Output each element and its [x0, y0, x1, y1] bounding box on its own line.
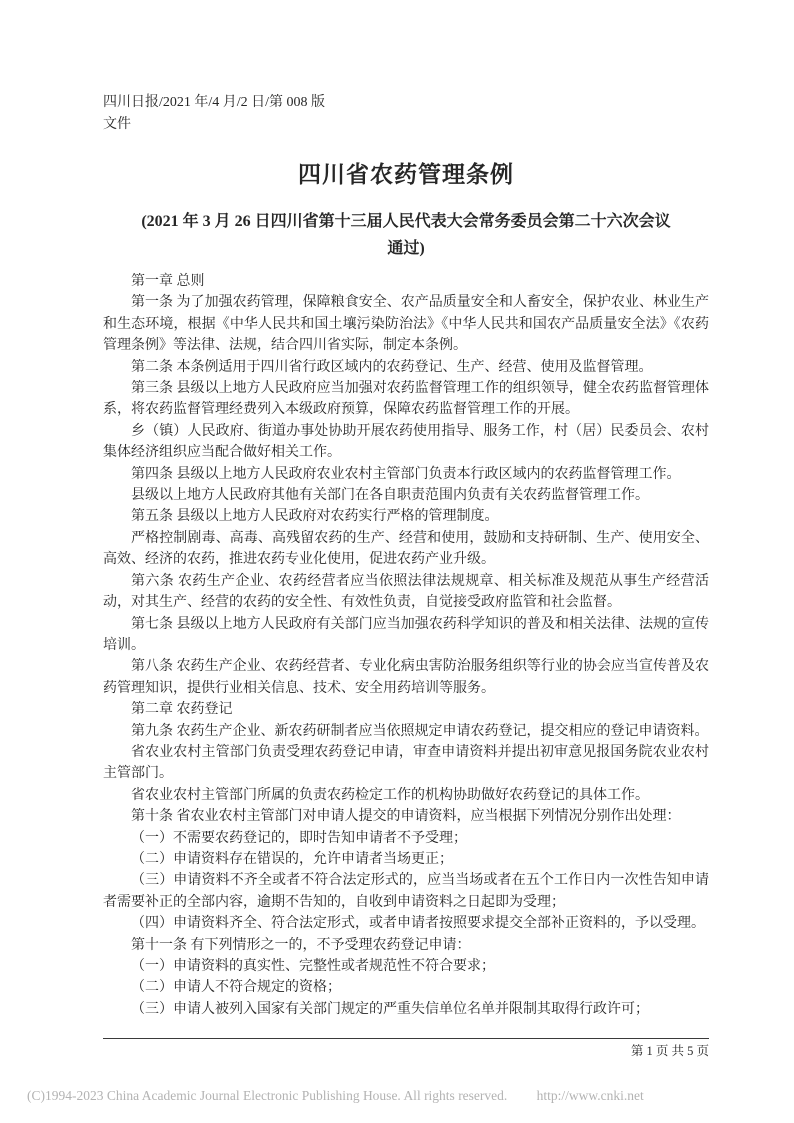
- body-paragraph: 第二条 本条例适用于四川省行政区域内的农药登记、生产、经营、使用及监督管理。: [103, 357, 709, 378]
- document-title: 四川省农药管理条例: [103, 156, 709, 189]
- body-paragraph: 省农业农村主管部门所属的负责农药检定工作的机构协助做好农药登记的具体工作。: [103, 785, 709, 806]
- document-subtitle: (2021 年 3 月 26 日四川省第十三届人民代表大会常务委员会第二十六次会…: [134, 208, 679, 262]
- category-label: 文件: [103, 114, 709, 136]
- body-paragraph: 第四条 县级以上地方人民政府农业农村主管部门负责本行政区域内的农药监督管理工作。: [103, 464, 709, 485]
- document-subtitle-wrap: (2021 年 3 月 26 日四川省第十三届人民代表大会常务委员会第二十六次会…: [103, 208, 709, 262]
- source-line: 四川日报/2021 年/4 月/2 日/第 008 版: [103, 92, 709, 114]
- cnki-url-text: http://www.cnki.net: [537, 1088, 644, 1103]
- body-paragraph: 第七条 县级以上地方人民政府有关部门应当加强农药科学知识的普及和相关法律、法规的…: [103, 614, 709, 657]
- list-item-paragraph: （三）申请人被列入国家有关部门规定的严重失信单位名单并限制其取得行政许可；: [103, 999, 709, 1020]
- list-item-paragraph: （二）申请人不符合规定的资格；: [103, 977, 709, 998]
- document-page: 四川日报/2021 年/4 月/2 日/第 008 版 文件 四川省农药管理条例…: [0, 0, 794, 1123]
- list-item-paragraph: （四）申请资料齐全、符合法定形式，或者申请者按照要求提交全部补正资料的，予以受理…: [103, 913, 709, 934]
- document-meta: 四川日报/2021 年/4 月/2 日/第 008 版 文件: [103, 92, 709, 136]
- body-paragraph: 严格控制剧毒、高毒、高残留农药的生产、经营和使用，鼓励和支持研制、生产、使用安全…: [103, 528, 709, 571]
- body-paragraph: 第五条 县级以上地方人民政府对农药实行严格的管理制度。: [103, 506, 709, 527]
- copyright-text: (C)1994-2023 China Academic Journal Elec…: [27, 1088, 507, 1103]
- list-item-paragraph: （一）不需要农药登记的，即时告知申请者不予受理；: [103, 828, 709, 849]
- chapter-heading: 第二章 农药登记: [103, 699, 709, 720]
- body-paragraph: 第九条 农药生产企业、新农药研制者应当依照规定申请农药登记，提交相应的登记申请资…: [103, 721, 709, 742]
- body-paragraph: 第六条 农药生产企业、农药经营者应当依照法律法规规章、相关标准及规范从事生产经营…: [103, 571, 709, 614]
- body-paragraph: 第十条 省农业农村主管部门对申请人提交的申请资料，应当根据下列情况分别作出处理：: [103, 806, 709, 827]
- body-paragraph: 第十一条 有下列情形之一的，不予受理农药登记申请：: [103, 935, 709, 956]
- list-item-paragraph: （二）申请资料存在错误的，允许申请者当场更正；: [103, 849, 709, 870]
- body-paragraph: 第三条 县级以上地方人民政府应当加强对农药监督管理工作的组织领导，健全农药监督管…: [103, 378, 709, 421]
- document-body: 第一章 总则 第一条 为了加强农药管理，保障粮食安全、农产品质量安全和人畜安全，…: [103, 271, 709, 1020]
- body-paragraph: 第八条 农药生产企业、农药经营者、专业化病虫害防治服务组织等行业的协会应当宣传普…: [103, 656, 709, 699]
- body-paragraph: 县级以上地方人民政府其他有关部门在各自职责范围内负责有关农药监督管理工作。: [103, 485, 709, 506]
- list-item-paragraph: （一）申请资料的真实性、完整性或者规范性不符合要求；: [103, 956, 709, 977]
- copyright-watermark: (C)1994-2023 China Academic Journal Elec…: [27, 1088, 787, 1104]
- page-number: 第 1 页 共 5 页: [103, 1042, 709, 1060]
- body-paragraph: 乡（镇）人民政府、街道办事处协助开展农药使用指导、服务工作，村（居）民委员会、农…: [103, 421, 709, 464]
- list-item-paragraph: （三）申请资料不齐全或者不符合法定形式的，应当当场或者在五个工作日内一次性告知申…: [103, 870, 709, 913]
- body-paragraph: 第一条 为了加强农药管理，保障粮食安全、农产品质量安全和人畜安全，保护农业、林业…: [103, 292, 709, 356]
- chapter-heading: 第一章 总则: [103, 271, 709, 292]
- footer-divider: [103, 1038, 709, 1039]
- body-paragraph: 省农业农村主管部门负责受理农药登记申请，审查申请资料并提出初审意见报国务院农业农…: [103, 742, 709, 785]
